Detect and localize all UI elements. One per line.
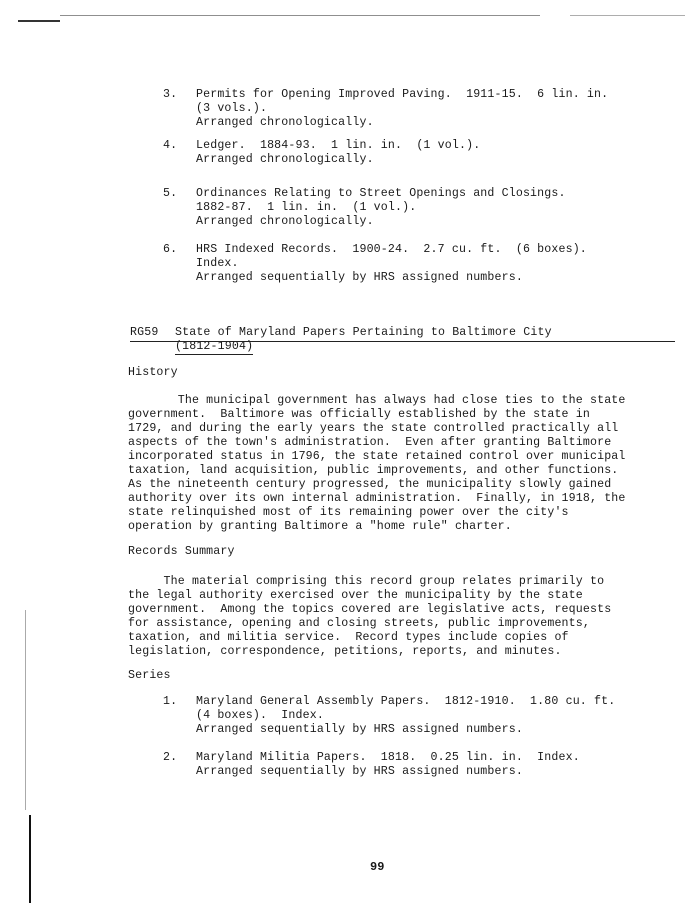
paragraph-line: operation by granting Baltimore a "home … <box>128 520 512 534</box>
paragraph-line: legislation, correspondence, petitions, … <box>128 645 562 659</box>
paragraph-line: As the nineteenth century progressed, th… <box>128 478 611 492</box>
paragraph-line: authority over its own internal administ… <box>128 492 626 506</box>
record-group-id: RG59 <box>130 326 158 340</box>
series-item-line: Index. <box>196 257 239 271</box>
paragraph-line: incorporated status in 1796, the state r… <box>128 450 626 464</box>
series-item-arrangement: Arranged chronologically. <box>196 153 374 167</box>
scan-margin-line <box>25 610 26 810</box>
series-item-title-line: Maryland General Assembly Papers. 1812-1… <box>196 695 615 709</box>
series-item-arrangement: Arranged chronologically. <box>196 215 374 229</box>
series-item-arrangement: Arranged chronologically. <box>196 116 374 130</box>
paragraph-line: taxation, land acquisition, public impro… <box>128 464 618 478</box>
record-group-dates: (1812-1904) <box>175 340 253 354</box>
records-summary-heading: Records Summary <box>128 545 235 559</box>
heading-underline <box>175 354 253 355</box>
paragraph-line: for assistance, opening and closing stre… <box>128 617 590 631</box>
series-item-number: 5. <box>163 187 177 201</box>
paragraph-line: 1729, and during the early years the sta… <box>128 422 618 436</box>
series-item-number: 1. <box>163 695 177 709</box>
paragraph-line: government. Baltimore was officially est… <box>128 408 590 422</box>
series-item-number: 3. <box>163 88 177 102</box>
page-number: 99 <box>370 860 384 874</box>
series-item-title-line: Maryland Militia Papers. 1818. 0.25 lin.… <box>196 751 580 765</box>
paragraph-line: The municipal government has always had … <box>128 394 626 408</box>
paragraph-line: the legal authority exercised over the m… <box>128 589 583 603</box>
paragraph-line: government. Among the topics covered are… <box>128 603 611 617</box>
series-item-arrangement: Arranged sequentially by HRS assigned nu… <box>196 765 523 779</box>
scan-edge-line <box>60 15 540 16</box>
series-item-title-line: HRS Indexed Records. 1900-24. 2.7 cu. ft… <box>196 243 587 257</box>
series-item-number: 6. <box>163 243 177 257</box>
series-item-number: 2. <box>163 751 177 765</box>
document-page: 3. Permits for Opening Improved Paving. … <box>0 0 700 905</box>
series-item-title-line: Permits for Opening Improved Paving. 191… <box>196 88 608 102</box>
series-item-line: (3 vols.). <box>196 102 267 116</box>
series-item-line: (4 boxes). Index. <box>196 709 324 723</box>
series-item-number: 4. <box>163 139 177 153</box>
series-heading: Series <box>128 669 171 683</box>
series-item-line: 1882-87. 1 lin. in. (1 vol.). <box>196 201 416 215</box>
series-item-title-line: Ordinances Relating to Street Openings a… <box>196 187 566 201</box>
paragraph-line: taxation, and militia service. Record ty… <box>128 631 569 645</box>
paragraph-line: The material comprising this record grou… <box>128 575 604 589</box>
scan-edge-line <box>18 20 60 22</box>
series-item-arrangement: Arranged sequentially by HRS assigned nu… <box>196 271 523 285</box>
series-item-title-line: Ledger. 1884-93. 1 lin. in. (1 vol.). <box>196 139 480 153</box>
heading-underline <box>130 341 675 342</box>
history-heading: History <box>128 366 178 380</box>
paragraph-line: state relinquished most of its remaining… <box>128 506 569 520</box>
scan-edge-line <box>570 15 685 16</box>
scan-margin-line <box>29 815 31 903</box>
paragraph-line: aspects of the town's administration. Ev… <box>128 436 611 450</box>
record-group-title: State of Maryland Papers Pertaining to B… <box>175 326 552 340</box>
series-item-arrangement: Arranged sequentially by HRS assigned nu… <box>196 723 523 737</box>
